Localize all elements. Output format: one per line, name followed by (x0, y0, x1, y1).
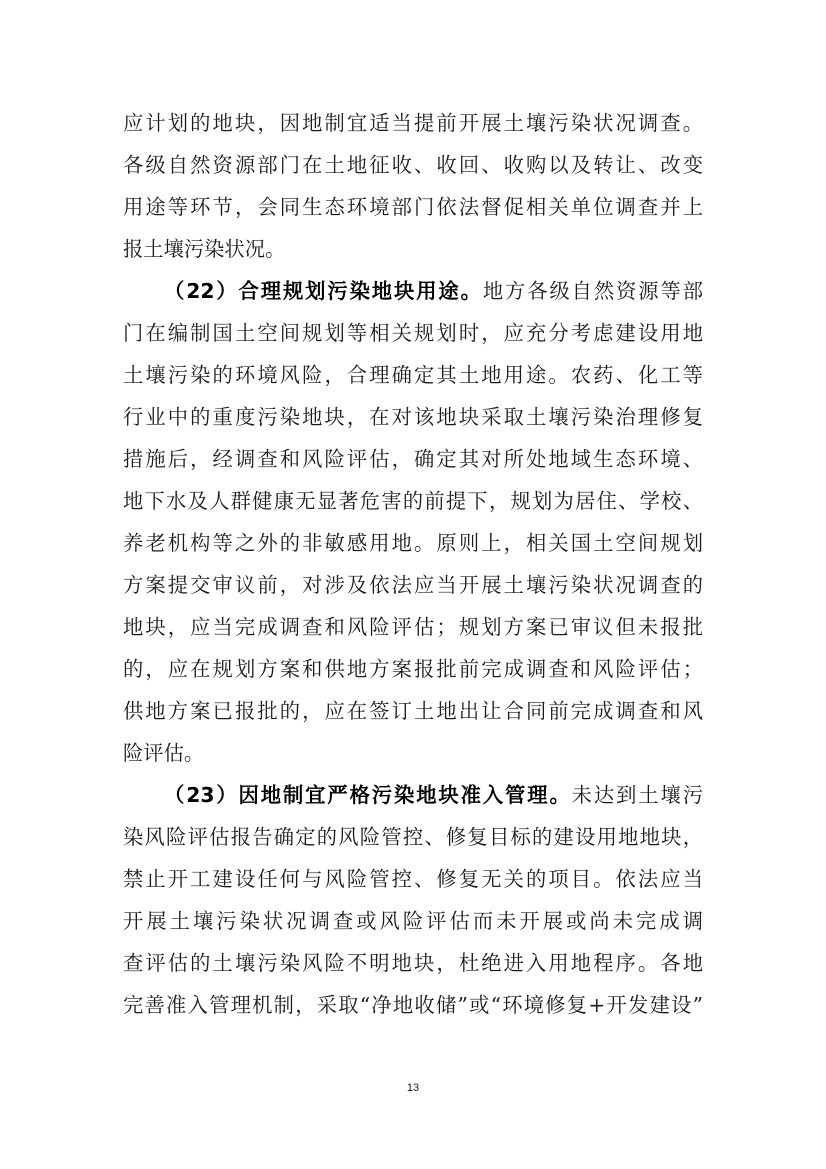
text-span: 地方各级自然资源等部 (483, 279, 703, 303)
text-line: 禁止开工建设任何与风险管控、修复无关的项目。依法应当 (123, 858, 703, 900)
body-text: 应计划的地块，因地制宜适当提前开展土壤污染状况调查。 各级自然资源部门在土地征收… (123, 102, 703, 1026)
text-line: 地块，应当完成调查和风险评估；规划方案已审议但未报批 (123, 606, 703, 648)
document-page: 应计划的地块，因地制宜适当提前开展土壤污染状况调查。 各级自然资源部门在土地征收… (0, 0, 826, 1169)
section-heading-22: （22）合理规划污染地块用途。 (164, 279, 483, 303)
section-22-first-line: （22）合理规划污染地块用途。地方各级自然资源等部 (123, 270, 703, 312)
text-line: 方案提交审议前，对涉及依法应当开展土壤污染状况调查的 (123, 564, 703, 606)
text-line: 行业中的重度污染地块，在对该地块采取土壤污染治理修复 (123, 396, 703, 438)
text-line: 完善准入管理机制，采取“净地收储”或“环境修复+开发建设” (123, 984, 703, 1026)
text-line: 染风险评估报告确定的风险管控、修复目标的建设用地地块， (123, 816, 703, 858)
page-number: 13 (0, 1082, 826, 1094)
text-line: 土壤污染的环境风险，合理确定其土地用途。农药、化工等 (123, 354, 703, 396)
text-line: 各级自然资源部门在土地征收、收回、收购以及转让、改变 (123, 144, 703, 186)
text-line: 门在编制国土空间规划等相关规划时，应充分考虑建设用地 (123, 312, 703, 354)
text-line: 供地方案已报批的，应在签订土地出让合同前完成调查和风 (123, 690, 703, 732)
text-line: 措施后，经调查和风险评估，确定其对所处地域生态环境、 (123, 438, 703, 480)
text-line: 应计划的地块，因地制宜适当提前开展土壤污染状况调查。 (123, 102, 703, 144)
section-23-first-line: （23）因地制宜严格污染地块准入管理。未达到土壤污 (123, 774, 703, 816)
text-line: 养老机构等之外的非敏感用地。原则上，相关国土空间规划 (123, 522, 703, 564)
text-line: 险评估。 (123, 732, 703, 774)
text-line: 用途等环节，会同生态环境部门依法督促相关单位调查并上 (123, 186, 703, 228)
text-span: 未达到土壤污 (572, 783, 703, 807)
text-line: 报土壤污染状况。 (123, 228, 703, 270)
text-line: 开展土壤污染状况调查或风险评估而未开展或尚未完成调 (123, 900, 703, 942)
section-heading-23: （23）因地制宜严格污染地块准入管理。 (164, 783, 572, 807)
text-line: 查评估的土壤污染风险不明地块，杜绝进入用地程序。各地 (123, 942, 703, 984)
text-line: 的，应在规划方案和供地方案报批前完成调查和风险评估； (123, 648, 703, 690)
text-line: 地下水及人群健康无显著危害的前提下，规划为居住、学校、 (123, 480, 703, 522)
